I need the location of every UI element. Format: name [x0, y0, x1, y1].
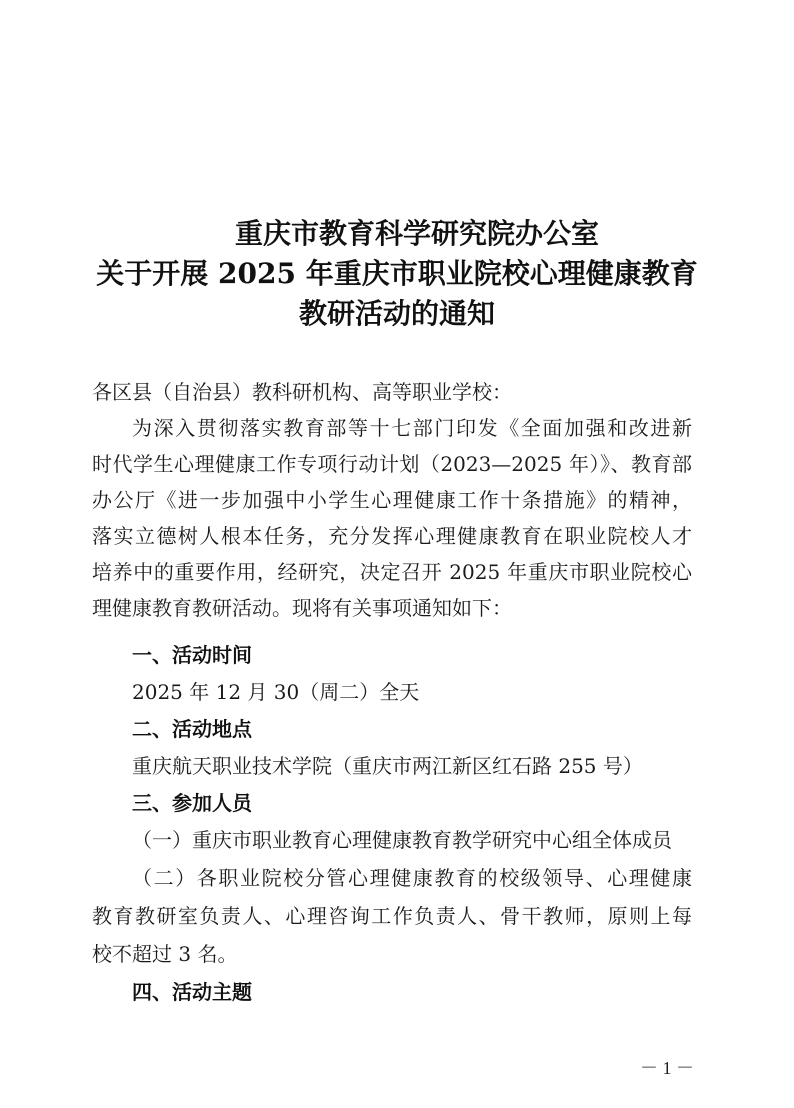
participants-item-2-end: 校不超过 3 名。: [92, 936, 237, 972]
participants-item-1: （一）重庆市职业教育心理健康教育教学研究中心组全体成员: [132, 822, 672, 858]
intro-line-6: 理健康教育教研活动。现将有关事项通知如下：: [92, 590, 512, 626]
title-line-1: 重庆市教育科学研究院办公室: [0, 214, 794, 254]
section-time-value: 2025 年 12 月 30（周二）全天: [132, 674, 419, 710]
section-heading-location: 二、活动地点: [132, 711, 252, 747]
intro-line-2: 时代学生心理健康工作专项行动计划（2023—2025 年）》、教育部: [92, 446, 692, 482]
intro-line-3: 办公厅《进一步加强中小学生心理健康工作十条措施》的精神，: [92, 482, 692, 518]
page-number: － 1 －: [640, 1054, 694, 1080]
intro-line-1: 为深入贯彻落实教育部等十七部门印发《全面加强和改进新: [132, 410, 692, 446]
participants-item-2: （二）各职业院校分管心理健康教育的校级领导、心理健康: [132, 860, 692, 896]
section-heading-participants: 三、参加人员: [132, 785, 252, 821]
intro-line-5: 培养中的重要作用，经研究，决定召开 2025 年重庆市职业院校心: [92, 554, 692, 590]
participants-item-2-cont: 教育教研室负责人、心理咨询工作负责人、骨干教师，原则上每: [92, 898, 692, 934]
title-line-3: 教研活动的通知: [0, 294, 794, 334]
intro-line-4: 落实立德树人根本任务，充分发挥心理健康教育在职业院校人才: [92, 518, 692, 554]
document-page: 重庆市教育科学研究院办公室 关于开展 2025 年重庆市职业院校心理健康教育 教…: [0, 0, 794, 1108]
section-heading-time: 一、活动时间: [132, 637, 252, 673]
title-line-2: 关于开展 2025 年重庆市职业院校心理健康教育: [0, 254, 794, 294]
section-heading-theme: 四、活动主题: [132, 974, 252, 1010]
section-location-value: 重庆航天职业技术学院（重庆市两江新区红石路 255 号）: [132, 748, 643, 784]
salutation: 各区县（自治县）教科研机构、高等职业学校：: [92, 374, 512, 410]
